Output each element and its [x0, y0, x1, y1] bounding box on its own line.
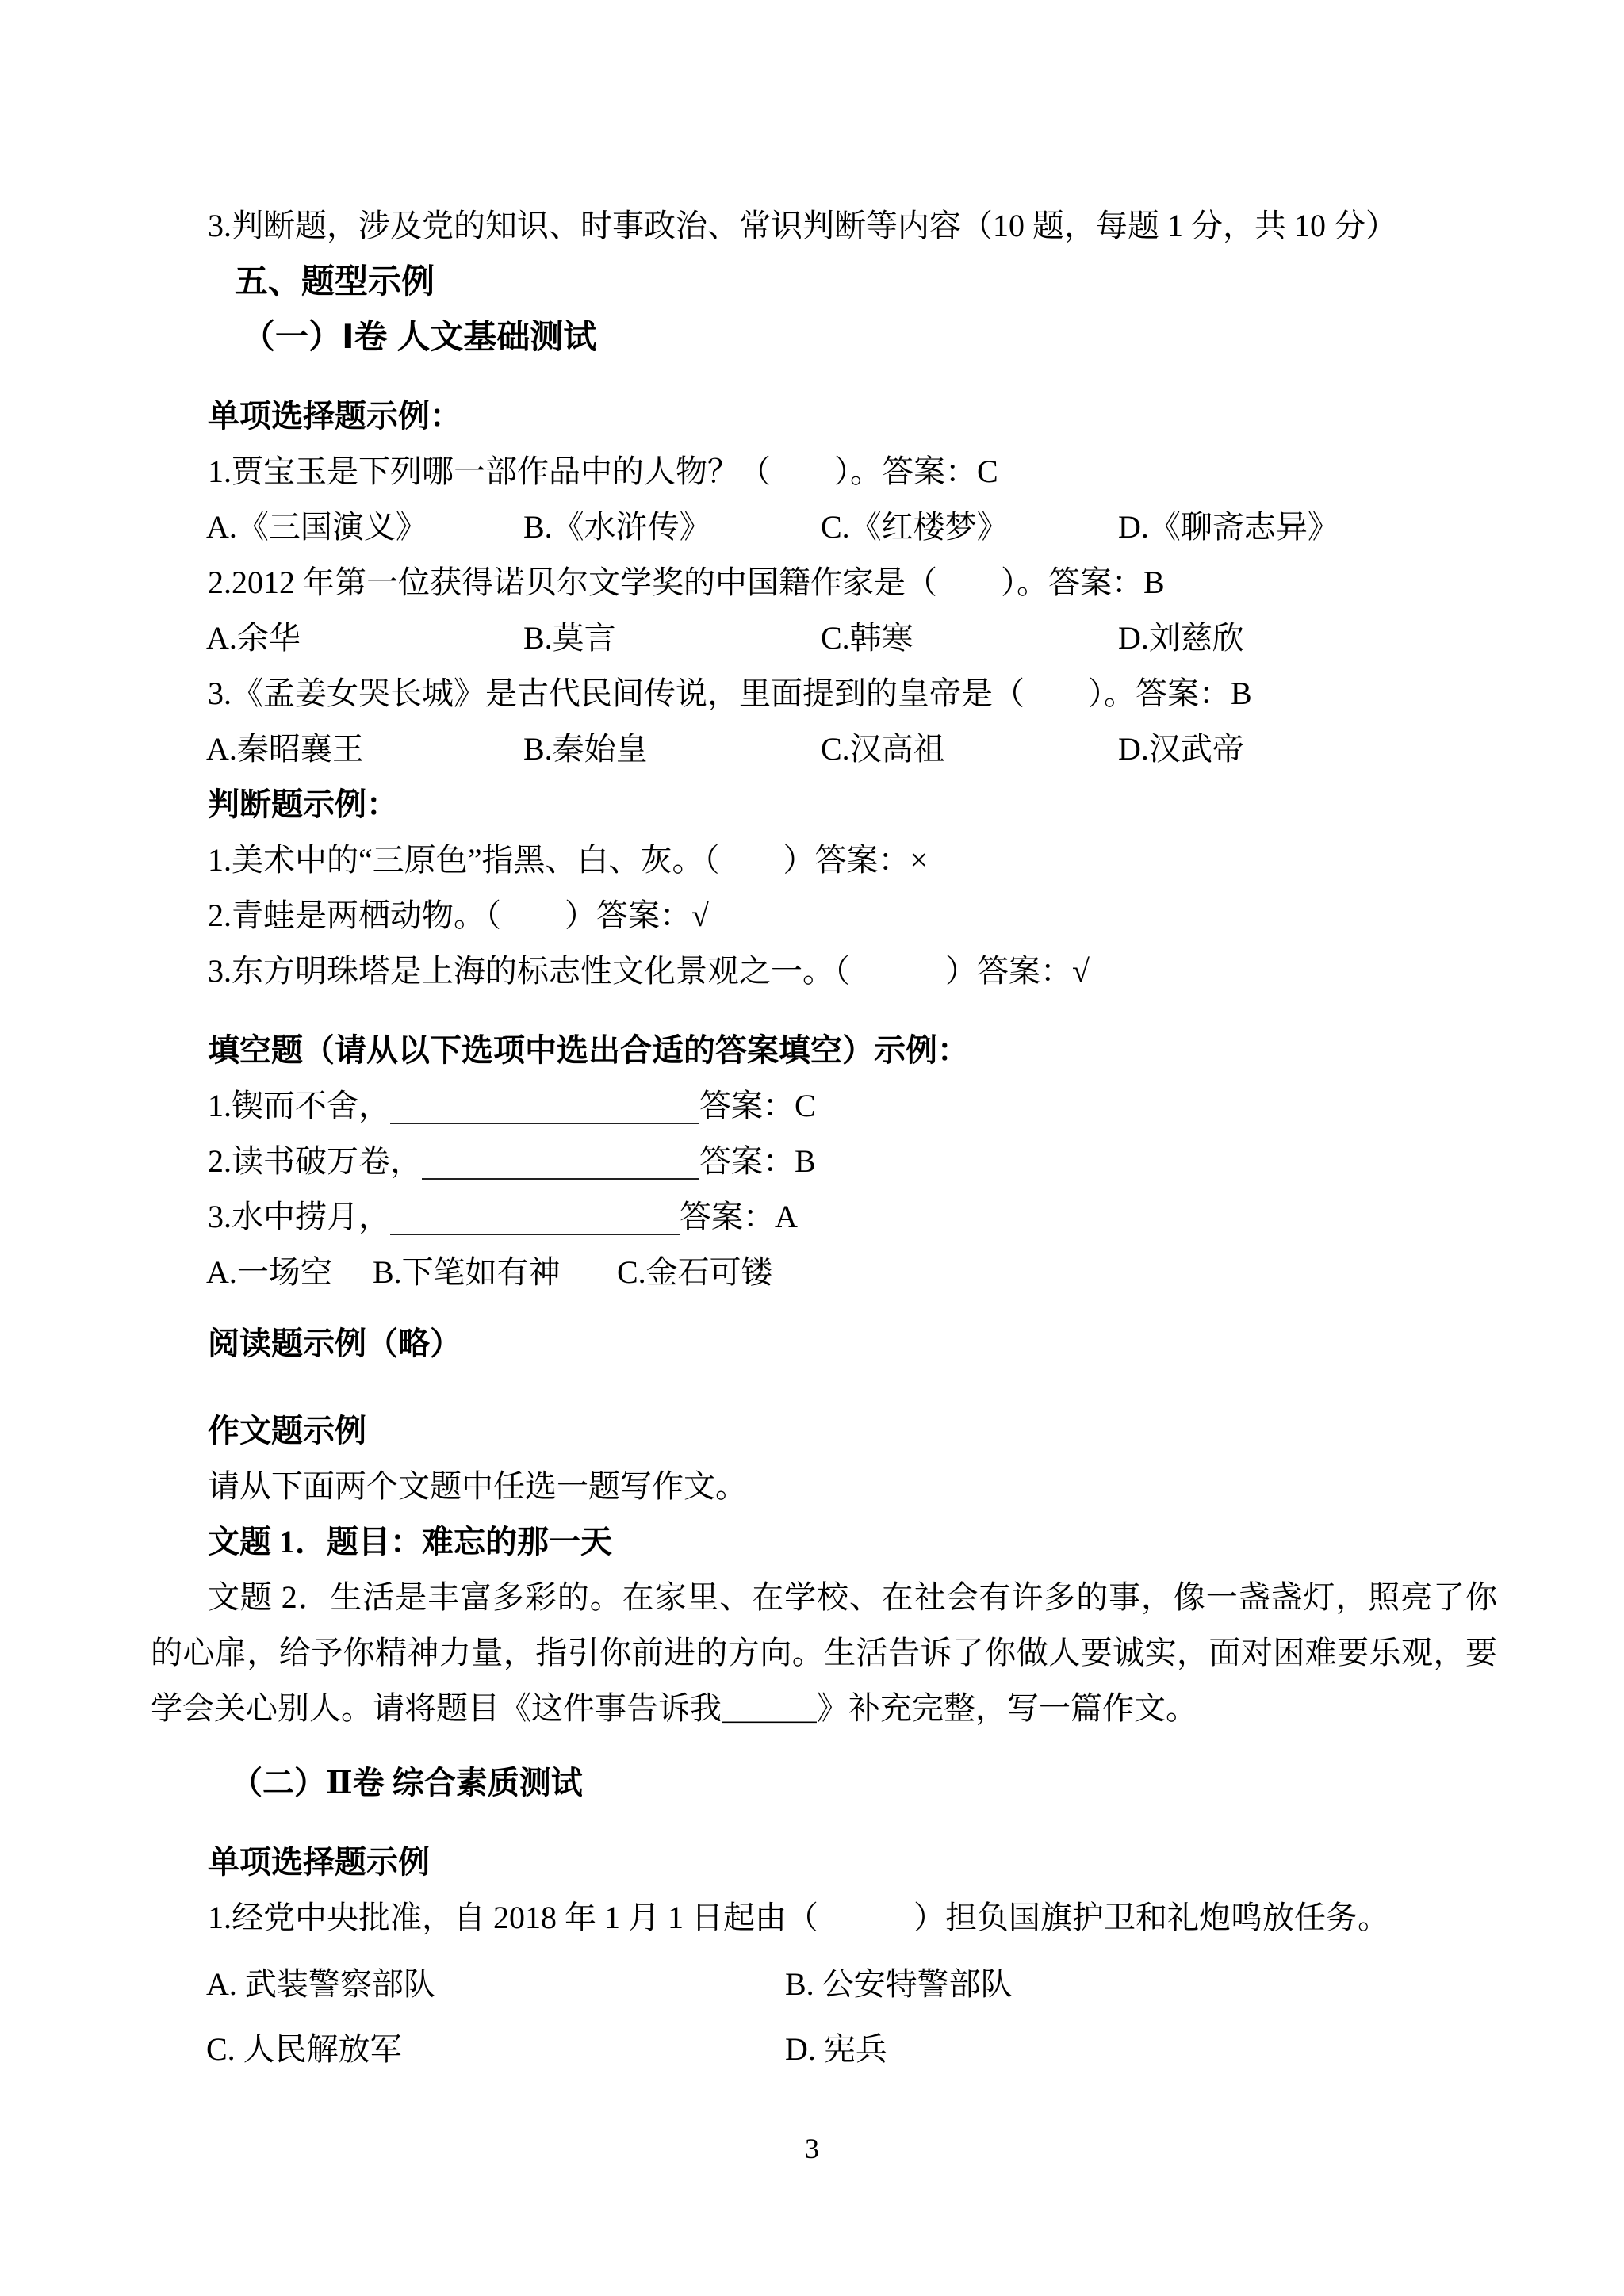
answer-blank — [390, 1099, 699, 1124]
mcq-part2-options-row-1: A. 武装警察部队 B. 公安特警部队 — [151, 1957, 1497, 2012]
mcq-option: A.余华 — [206, 610, 301, 666]
fill-question-text: 1.锲而不舍， — [208, 1088, 390, 1123]
mcq-option: A. 武装警察部队 — [206, 1957, 435, 2012]
mcq-option: A.《三国演义》 — [206, 499, 427, 555]
mcq-option: B.秦始皇 — [523, 721, 648, 777]
essay-prompt-1: 文题 1．题目：难忘的那一天 — [151, 1514, 1497, 1570]
section-5-heading: 五、题型示例 — [151, 254, 1497, 309]
mcq-option: C. 人民解放军 — [206, 2022, 402, 2077]
mcq-option: B. 公安特警部队 — [785, 1957, 1013, 2012]
fill-question-2: 2.读书破万卷，答案：B — [151, 1134, 1497, 1189]
fill-option: C.金石可镂 — [617, 1245, 773, 1300]
reading-example-heading: 阅读题示例（略） — [151, 1316, 1497, 1372]
mcq-option: D.《聊斋志异》 — [1118, 499, 1339, 555]
mcq-option: D. 宪兵 — [785, 2022, 887, 2077]
fill-question-1: 1.锲而不舍，答案：C — [151, 1078, 1497, 1134]
part-1-heading: （一）Ⅰ卷 人文基础测试 — [151, 309, 1497, 365]
answer-blank — [390, 1210, 680, 1235]
fill-question-text: 3.水中捞月， — [208, 1199, 390, 1234]
mcq-question-2: 2.2012 年第一位获得诺贝尔文学奖的中国籍作家是（ ）。答案：B — [151, 555, 1497, 610]
tf-question-3: 3.东方明珠塔是上海的标志性文化景观之一。（ ）答案：√ — [151, 943, 1497, 999]
fill-answer: 答案：B — [699, 1143, 816, 1179]
page-number: 3 — [0, 2133, 1624, 2164]
essay-example-heading: 作文题示例 — [151, 1403, 1497, 1459]
mcq-option: C.汉高祖 — [821, 721, 945, 777]
fill-options: A.一场空 B.下笔如有神 C.金石可镂 — [151, 1245, 1497, 1300]
mcq-option: C.《红楼梦》 — [821, 499, 1009, 555]
tf-question-1: 1.美术中的“三原色”指黑、白、灰。（ ）答案：× — [151, 832, 1497, 888]
fill-option: B.下笔如有神 — [373, 1245, 561, 1300]
mcq-3-options: A.秦昭襄王 B.秦始皇 C.汉高祖 D.汉武帝 — [151, 721, 1497, 777]
fill-answer: 答案：C — [699, 1088, 816, 1123]
mcq-1-options: A.《三国演义》 B.《水浒传》 C.《红楼梦》 D.《聊斋志异》 — [151, 499, 1497, 555]
document-content: 3.判断题，涉及党的知识、时事政治、常识判断等内容（10 题，每题 1 分，共 … — [0, 0, 1624, 2077]
mcq-example-heading-2: 单项选择题示例 — [151, 1835, 1497, 1890]
mcq-part2-options-row-2: C. 人民解放军 D. 宪兵 — [151, 2022, 1497, 2077]
tf-question-2: 2.青蛙是两栖动物。（ ）答案：√ — [151, 888, 1497, 943]
tf-example-heading: 判断题示例： — [151, 777, 1497, 832]
mcq-option: B.《水浒传》 — [523, 499, 711, 555]
mcq-option: C.韩寒 — [821, 610, 913, 666]
mcq-option: D.汉武帝 — [1118, 721, 1244, 777]
intro-line: 3.判断题，涉及党的知识、时事政治、常识判断等内容（10 题，每题 1 分，共 … — [151, 198, 1497, 254]
mcq-option: D.刘慈欣 — [1118, 610, 1244, 666]
fill-question-text: 2.读书破万卷， — [208, 1143, 422, 1179]
part-2-heading: （二）Ⅱ卷 综合素质测试 — [151, 1755, 1497, 1811]
essay-intro: 请从下面两个文题中任选一题写作文。 — [151, 1459, 1497, 1514]
mcq-part2-question-1: 1.经党中央批准，自 2018 年 1 月 1 日起由（ ）担负国旗护卫和礼炮鸣… — [151, 1890, 1497, 1946]
fill-question-3: 3.水中捞月，答案：A — [151, 1189, 1497, 1245]
mcq-option: A.秦昭襄王 — [206, 721, 364, 777]
essay-prompt-2: 文题 2．生活是丰富多彩的。在家里、在学校、在社会有许多的事，像一盏盏灯，照亮了… — [151, 1570, 1497, 1736]
answer-blank — [422, 1154, 699, 1180]
fill-answer: 答案：A — [680, 1199, 798, 1234]
document-page: 3.判断题，涉及党的知识、时事政治、常识判断等内容（10 题，每题 1 分，共 … — [0, 0, 1624, 2296]
mcq-2-options: A.余华 B.莫言 C.韩寒 D.刘慈欣 — [151, 610, 1497, 666]
fill-example-heading: 填空题（请从以下选项中选出合适的答案填空）示例： — [151, 1023, 1497, 1078]
mcq-question-1: 1.贾宝玉是下列哪一部作品中的人物？（ ）。答案：C — [151, 444, 1497, 499]
mcq-example-heading: 单项选择题示例： — [151, 388, 1497, 444]
mcq-option: B.莫言 — [523, 610, 616, 666]
fill-option: A.一场空 — [206, 1245, 332, 1300]
mcq-question-3: 3.《孟姜女哭长城》是古代民间传说，里面提到的皇帝是（ ）。答案：B — [151, 666, 1497, 721]
